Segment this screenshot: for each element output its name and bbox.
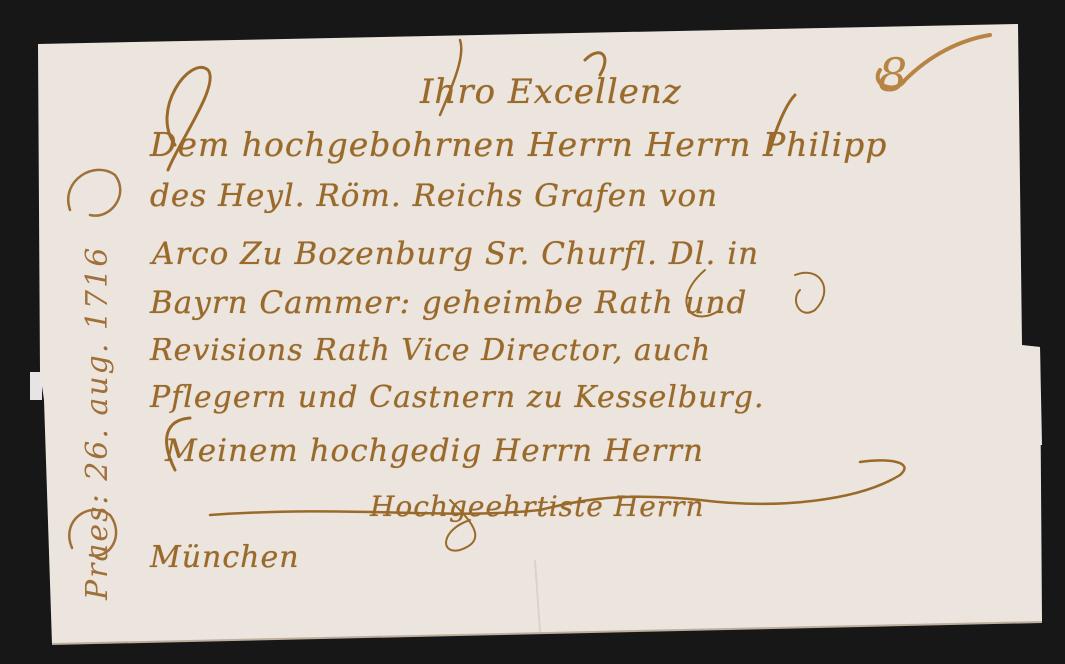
address-line-3: Arco Zu Bozenburg Sr. Churfl. Dl. in [152,236,759,272]
salutation: Ihro Excellenz [420,72,682,112]
address-line-7: Meinem hochgedig Herrn Herrn [165,433,704,469]
address-line-2: des Heyl. Röm. Reichs Grafen von [150,178,718,214]
fold-edge-left [30,372,42,400]
address-line-4: Bayrn Cammer: geheimbe Rath und [150,285,747,321]
address-closing-place: München [150,540,300,575]
photo-stage: 8 Praes: 26. aug. 1716 Ihro Excellenz De… [0,0,1065,664]
margin-note-received-date: Praes: 26. aug. 1716 [80,246,115,600]
address-line-1: Dem hochgebohrnen Herrn Herrn Philipp [150,125,887,164]
address-line-6: Pflegern und Castnern zu Kesselburg. [150,380,765,415]
address-line-8: Hochgeehrtiste Herrn [370,490,705,523]
folio-number: 8 [878,48,907,102]
address-line-5: Revisions Rath Vice Director, auch [150,333,711,368]
